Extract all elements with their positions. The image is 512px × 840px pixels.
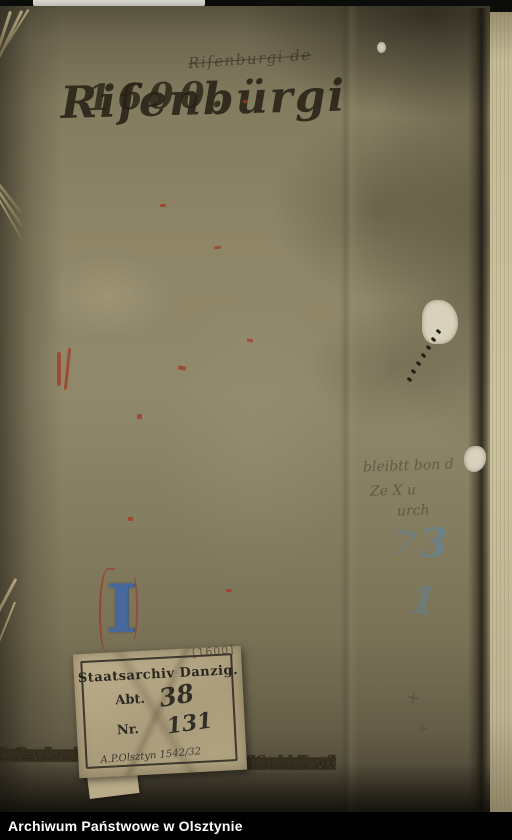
blue-crayon-mark: 3 <box>420 520 448 567</box>
blue-crayon-mark: 1 <box>408 577 439 625</box>
rubric-mark <box>226 589 232 592</box>
margin-note-line: urch <box>397 502 430 519</box>
parchment-torn-edge <box>468 8 488 810</box>
archive-label: Staatsarchiv Danzig. Abt. 38 Nr. 131 A.P… <box>73 646 247 779</box>
damage-patch <box>422 300 458 344</box>
rubric-mark <box>243 100 248 103</box>
bottom-edge-shadow <box>0 764 490 812</box>
manuscript-scan: Riſenburgi de Riſenbürgi1600. ūtg: mīs d… <box>0 0 512 840</box>
label-abt-caption: Abt. <box>115 692 145 709</box>
damage-fleck <box>377 42 386 53</box>
margin-note-line: bleibtt bon d <box>363 456 454 475</box>
label-abt-value: 38 <box>157 678 196 713</box>
illuminated-initial: I <box>106 570 136 650</box>
rubric-mark <box>128 517 133 521</box>
archive-caption-text: Archiwum Państwowe w Olsztynie <box>8 812 243 840</box>
title-year: 1600. <box>86 74 230 120</box>
rubric-mark <box>137 414 142 419</box>
rubric-mark <box>160 204 166 207</box>
archive-caption-bar: Archiwum Państwowe w Olsztynie <box>0 812 512 840</box>
rubric-mark <box>247 339 253 343</box>
label-nr-caption: Nr. <box>117 722 140 738</box>
rubric-initial-stroke <box>57 352 61 386</box>
pencil-cross-mark: + <box>415 719 429 738</box>
margin-note-line: Ze X u <box>370 482 416 500</box>
